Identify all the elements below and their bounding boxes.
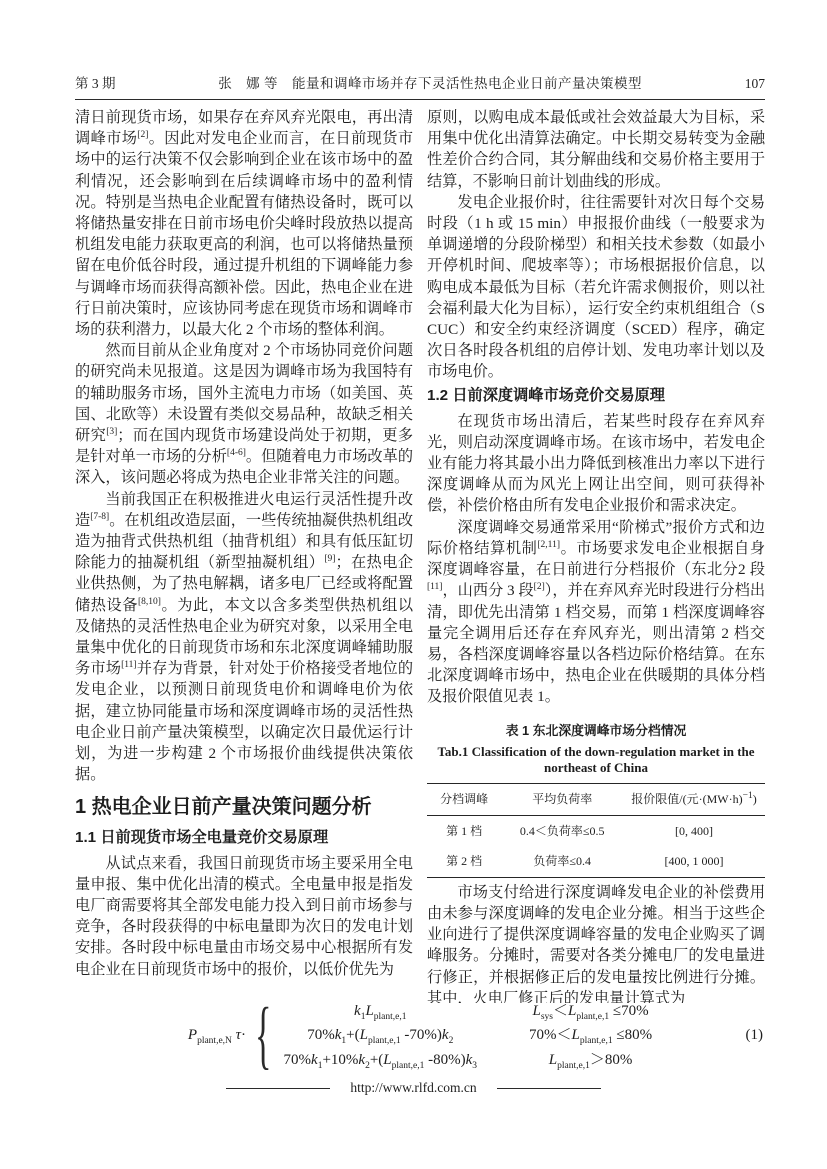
section-heading-1: 1 热电企业日前产量决策问题分析 bbox=[75, 795, 413, 820]
equation-cases: k1Lplant,e,1 Lsys＜Lplant,e,1 ≤70% 70%k1+… bbox=[284, 1001, 653, 1070]
cell-tier1-limit: [0, 400] bbox=[623, 816, 765, 847]
journal-issue: 第 3 期 bbox=[75, 72, 116, 92]
table-row-tier2: 第 2 档 负荷率≤0.4 [400, 1 000] bbox=[427, 847, 765, 878]
paragraph-research-gap: 然而目前从企业角度对 2 个市场协同竞价问题的研究尚未见报道。这是因为调峰市场为… bbox=[75, 340, 413, 488]
footer-url: http://www.rlfd.com.cn bbox=[350, 1080, 476, 1096]
table-header-load-rate: 平均负荷率 bbox=[501, 784, 623, 816]
right-column: 原则，以购电成本最低或社会效益最大为目标，采用集中优化出清算法确定。中长期交易转… bbox=[427, 107, 765, 1003]
cell-tier2-load: 负荷率≤0.4 bbox=[501, 847, 623, 878]
equation-case1-cond: Lsys＜Lplant,e,1 ≤70% bbox=[529, 1001, 652, 1021]
paragraph-deep-regulation-market: 在现货市场出清后，若某些时段存在弃风弃光，则启动深度调峰市场。在该市场中，若发电… bbox=[427, 411, 765, 517]
subsection-heading-1-2: 1.2 日前深度调峰市场竞价交易原理 bbox=[427, 385, 765, 407]
table-1-block: 表 1 东北深度调峰市场分档情况 Tab.1 Classification of… bbox=[427, 720, 765, 878]
equation-case2-cond: 70%＜Lplant,e,1 ≤80% bbox=[529, 1025, 652, 1045]
equation-case2-expr: 70%k1+(Lplant,e,1 -70%)k2 bbox=[284, 1025, 478, 1045]
two-column-body: 清日前现货市场，如果存在弃风弃光限电，再出清调峰市场[2]。因此对发电企业而言，… bbox=[75, 107, 765, 1003]
paragraph-tiered-bidding: 深度调峰交易通常采用“阶梯式”报价方式和边际价格结算机制[2,11]。市场要求发… bbox=[427, 517, 765, 708]
paragraph-spot-market-principle: 从试点来看，我国日前现货市场主要采用全电量申报、集中优化出清的模式。全电量申报是… bbox=[75, 853, 413, 980]
paragraph-clearing-principle-continued: 原则，以购电成本最低或社会效益最大为目标，采用集中优化出清算法确定。中长期交易转… bbox=[427, 107, 765, 192]
cell-tier2-name: 第 2 档 bbox=[427, 847, 501, 878]
equation-brace: { bbox=[255, 1003, 271, 1068]
paragraph-flexibility-retrofit: 当前我国正在积极推进火电运行灵活性提升改造[7-8]。在机组改造层面，一些传统抽… bbox=[75, 489, 413, 786]
table-header-row: 分档调峰 平均负荷率 报价限值/(元·(MW·h)−1) bbox=[427, 784, 765, 816]
cell-tier1-name: 第 1 档 bbox=[427, 816, 501, 847]
running-title: 张 娜 等 能量和调峰市场并存下灵活性热电企业日前产量决策模型 bbox=[218, 72, 642, 92]
page-number: 107 bbox=[745, 76, 765, 92]
paragraph-bidding-process: 发电企业报价时，往往需要针对次日每个交易时段（1 h 或 15 min）申报报价… bbox=[427, 192, 765, 383]
table-header-price-limit: 报价限值/(元·(MW·h)−1) bbox=[623, 784, 765, 816]
table-row-tier1: 第 1 档 0.4＜负荷率≤0.5 [0, 400] bbox=[427, 816, 765, 847]
subsection-heading-1-1: 1.1 日前现货市场全电量竞价交易原理 bbox=[75, 827, 413, 849]
table-1: 分档调峰 平均负荷率 报价限值/(元·(MW·h)−1) 第 1 档 0.4＜负… bbox=[427, 783, 765, 878]
table-1-caption-zh: 表 1 东北深度调峰市场分档情况 bbox=[427, 720, 765, 741]
equation-number: (1) bbox=[746, 1025, 764, 1045]
equation-1: Pplant,e,N τ· { k1Lplant,e,1 Lsys＜Lplant… bbox=[75, 1001, 765, 1070]
paragraph-intro-continued: 清日前现货市场，如果存在弃风弃光限电，再出清调峰市场[2]。因此对发电企业而言，… bbox=[75, 107, 413, 340]
footer-rule-right bbox=[497, 1088, 601, 1089]
cell-tier1-load: 0.4＜负荷率≤0.5 bbox=[501, 816, 623, 847]
equation-case3-expr: 70%k1+10%k2+(Lplant,e,1 -80%)k3 bbox=[284, 1050, 478, 1070]
page-footer: http://www.rlfd.com.cn bbox=[0, 1080, 827, 1096]
footer-rule-left bbox=[226, 1088, 330, 1089]
paragraph-compensation-allocation: 市场支付给进行深度调峰发电企业的补偿费用由未参与深度调峰的发电企业分摊。相当于这… bbox=[427, 882, 765, 1003]
equation-lhs: Pplant,e,N τ· bbox=[188, 1025, 246, 1045]
left-column: 清日前现货市场，如果存在弃风弃光限电，再出清调峰市场[2]。因此对发电企业而言，… bbox=[75, 107, 413, 1003]
page-header: 第 3 期 张 娜 等 能量和调峰市场并存下灵活性热电企业日前产量决策模型 10… bbox=[75, 72, 765, 100]
equation-case1-expr: k1Lplant,e,1 bbox=[284, 1001, 478, 1021]
table-header-tier: 分档调峰 bbox=[427, 784, 501, 816]
table-1-caption-en: Tab.1 Classification of the down-regulat… bbox=[427, 744, 765, 777]
equation-case3-cond: Lplant,e,1＞80% bbox=[529, 1050, 652, 1070]
cell-tier2-limit: [400, 1 000] bbox=[623, 847, 765, 878]
